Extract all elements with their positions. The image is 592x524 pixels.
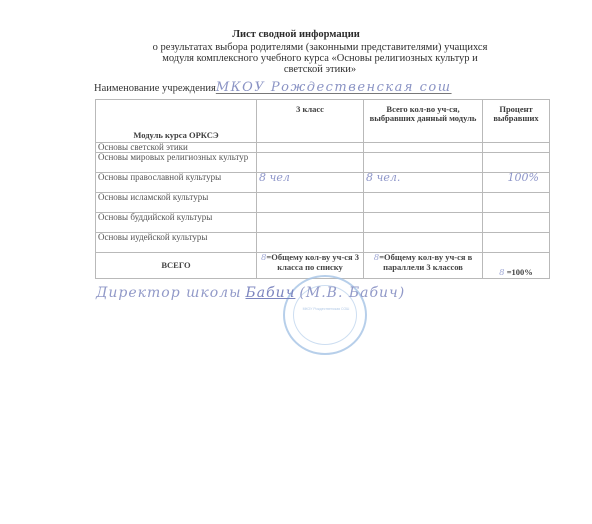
table-row: Основы буддийской культуры (96, 213, 550, 233)
director-position: Директор школы (96, 285, 242, 301)
institution-line: Наименование учрежденияМКОУ Рождественск… (94, 80, 452, 95)
total-percent-cell: 8 =100% (483, 253, 550, 279)
percent: 100% (483, 173, 550, 193)
table-header-row: Модуль курса ОРКСЭ 3 класс Всего кол-во … (96, 100, 550, 143)
total-chosen-cell: 8=Общему кол-ву уч-ся в параллели 3 клас… (364, 253, 483, 279)
module-name: Основы иудейской культуры (96, 233, 257, 253)
director-signature: Бабич (246, 285, 296, 301)
summary-table: Модуль курса ОРКСЭ 3 класс Всего кол-во … (95, 99, 550, 279)
table-row: Основы мировых религиозных культур (96, 153, 550, 173)
subtitle-line: модуля комплексного учебного курса «Осно… (100, 53, 540, 64)
total-chosen (364, 193, 483, 213)
total-chosen (364, 153, 483, 173)
grade-count: 8 чел (257, 173, 364, 193)
subtitle-line: светской этики» (100, 64, 540, 75)
director-name: (М.В. Бабич) (299, 285, 405, 301)
percent (483, 153, 550, 173)
module-name: Основы православной культуры (96, 173, 257, 193)
header-grade: 3 класс (257, 100, 364, 143)
total-grade-text: =Общему кол-ву уч-ся 3 класса по списку (266, 252, 359, 272)
total-chosen (364, 213, 483, 233)
grade-count (257, 153, 364, 173)
module-name: Основы мировых религиозных культур (96, 153, 257, 173)
stamp-text: МКОУ Рождественская СОШ (299, 307, 353, 311)
header-percent: Процент выбравших (483, 100, 550, 143)
grade-count (257, 233, 364, 253)
module-name: Основы исламской культуры (96, 193, 257, 213)
total-chosen (364, 233, 483, 253)
handwritten-count: 8 (499, 268, 504, 278)
module-name: Основы светской этики (96, 143, 257, 153)
grade-count (257, 193, 364, 213)
document-title: Лист сводной информации (0, 29, 592, 40)
total-chosen (364, 143, 483, 153)
total-percent-text: =100% (507, 267, 533, 277)
grade-count (257, 143, 364, 153)
header-module: Модуль курса ОРКСЭ (96, 100, 257, 143)
total-chosen-text: =Общему кол-ву уч-ся в параллели 3 класс… (379, 252, 472, 272)
document-subtitle: о результатах выбора родителями (законны… (100, 42, 540, 75)
total-label: ВСЕГО (96, 253, 257, 279)
percent (483, 193, 550, 213)
header-total-chosen: Всего кол-во уч-ся, выбравших данный мод… (364, 100, 483, 143)
table-row: Основы иудейской культуры (96, 233, 550, 253)
module-name: Основы буддийской культуры (96, 213, 257, 233)
percent (483, 143, 550, 153)
institution-value: МКОУ Рождественская сош (216, 80, 452, 95)
total-grade-cell: 8=Общему кол-ву уч-ся 3 класса по списку (257, 253, 364, 279)
subtitle-line: о результатах выбора родителями (законны… (100, 42, 540, 53)
table-row: Основы светской этики (96, 143, 550, 153)
percent (483, 233, 550, 253)
table-row: Основы исламской культуры (96, 193, 550, 213)
percent (483, 213, 550, 233)
table-row: Основы православной культуры 8 чел 8 чел… (96, 173, 550, 193)
total-chosen: 8 чел. (364, 173, 483, 193)
grade-count (257, 213, 364, 233)
signature-line: Директор школыБабич(М.В. Бабич) (96, 285, 405, 301)
institution-label: Наименование учреждения (94, 83, 216, 94)
